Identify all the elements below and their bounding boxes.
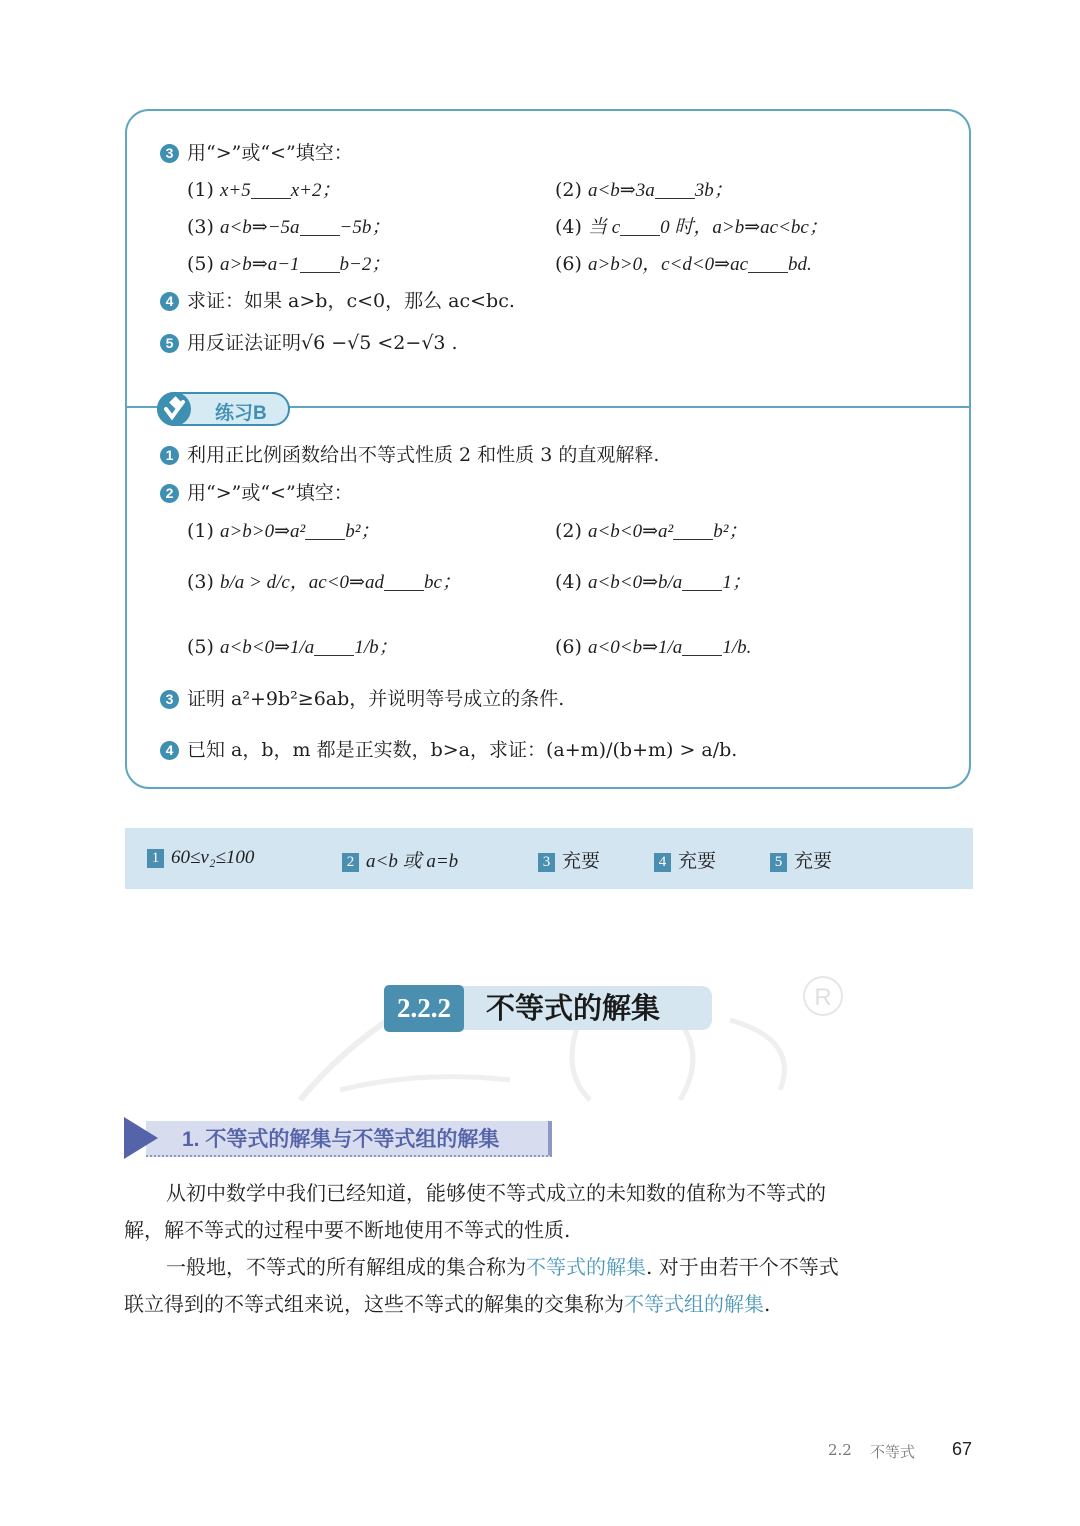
question-number-icon: 3	[160, 144, 179, 163]
answer-number-icon: 1	[147, 849, 164, 868]
exercise-b-q2-item-2: (2) a<b<0⇒a²b²；	[555, 519, 747, 544]
item-left: a>b>0⇒a²	[220, 521, 305, 542]
exercise-b-q1: 1利用正比例函数给出不等式性质 2 和性质 3 的直观解释.	[160, 443, 659, 467]
item-label: (5)	[187, 636, 214, 658]
exercise-b-q4: 4已知 a，b，m 都是正实数，b>a，求证：(a+m)/(b+m) > a/b…	[160, 738, 737, 762]
question-number-icon: 4	[160, 292, 179, 311]
answer-text: 充要	[678, 850, 716, 872]
item-right: b²；	[345, 521, 379, 542]
question-text: 求证：如果 a>b，c<0，那么 ac<bc.	[187, 290, 515, 312]
item-label: (1)	[187, 520, 214, 542]
fill-blank[interactable]	[655, 180, 695, 199]
item-label: (1)	[187, 179, 214, 201]
item-left: a<b⇒3a	[588, 180, 655, 201]
answer-4: 4充要	[654, 846, 716, 873]
exercise-a-q3-item-6: (6) a>b>0，c<d<0⇒acbd.	[555, 252, 812, 277]
footer-chapter: 不等式	[870, 1441, 915, 1462]
exercise-a-q3-item-1: (1) x+5x+2；	[187, 178, 341, 203]
pencil-check-icon	[157, 392, 191, 426]
body-paragraph-2: 一般地，不等式的所有解组成的集合称为不等式的解集. 对于由若干个不等式联立得到的…	[124, 1249, 854, 1323]
item-label: (5)	[187, 253, 214, 275]
section-number: 2.2.2	[384, 985, 464, 1032]
item-left: a<b⇒−5a	[220, 217, 300, 238]
answer-2: 2a<b 或 a=b	[342, 846, 458, 873]
question-text: 利用正比例函数给出不等式性质 2 和性质 3 的直观解释.	[187, 444, 659, 466]
item-right: −5b；	[340, 217, 391, 238]
exercise-a-q3-item-4: (4) 当 c0 时，a>b⇒ac<bc；	[555, 215, 828, 240]
exercise-b-q2-item-5: (5) a<b<0⇒1/a1/b；	[187, 635, 398, 660]
question-number-icon: 4	[160, 741, 179, 760]
question-number-icon: 1	[160, 446, 179, 465]
practice-b-badge: 练习B	[157, 392, 290, 426]
item-right: 1；	[722, 572, 751, 593]
item-label: (2)	[555, 520, 582, 542]
answer-5: 5充要	[770, 846, 832, 873]
section-title: 不等式的解集	[462, 986, 712, 1030]
item-label: (2)	[555, 179, 582, 201]
item-right: b−2；	[340, 254, 391, 275]
item-label: (6)	[555, 636, 582, 658]
exercise-a-q3-item-2: (2) a<b⇒3a3b；	[555, 178, 733, 203]
item-label: (6)	[555, 253, 582, 275]
question-number-icon: 5	[160, 334, 179, 353]
answer-text: 60≤v₂≤100	[171, 847, 254, 868]
key-term: 不等式的解集	[526, 1255, 646, 1279]
exercise-a-q3: 3用“>”或“<”填空：	[160, 141, 353, 165]
item-right: b²；	[713, 521, 747, 542]
question-number-icon: 3	[160, 690, 179, 709]
exercise-b-q2-item-4: (4) a<b<0⇒b/a1；	[555, 570, 751, 595]
paragraph-text: .	[764, 1292, 770, 1316]
exercise-b-q2: 2用“>”或“<”填空：	[160, 481, 353, 505]
item-left: a>b⇒a−1	[220, 254, 300, 275]
exercise-a-q3-item-5: (5) a>b⇒a−1b−2；	[187, 252, 390, 277]
exercise-b-q2-item-1: (1) a>b>0⇒a²b²；	[187, 519, 379, 544]
page-number: 67	[952, 1439, 972, 1460]
question-text: 用反证法证明√6 −√5 <2−√3 .	[187, 332, 458, 354]
question-prompt: 用“>”或“<”填空：	[187, 142, 353, 164]
item-right: x+2；	[291, 180, 341, 201]
fill-blank[interactable]	[620, 217, 660, 236]
triangle-arrow-icon	[124, 1117, 158, 1159]
fill-blank[interactable]	[673, 521, 713, 540]
item-left: 当 c	[588, 217, 620, 238]
answer-text: a<b 或 a=b	[366, 851, 458, 872]
paragraph-text: 从初中数学中我们已经知道，能够使不等式成立的未知数的值称为不等式的解，解不等式的…	[124, 1181, 826, 1242]
item-label: (4)	[555, 571, 582, 593]
key-term: 不等式组的解集	[624, 1292, 764, 1316]
item-left: a<b<0⇒b/a	[588, 572, 682, 593]
item-right: 0 时，a>b⇒ac<bc；	[660, 217, 828, 238]
item-left: a<0<b⇒1/a	[588, 637, 682, 658]
exercise-b-q3: 3证明 a²+9b²≥6ab，并说明等号成立的条件.	[160, 687, 564, 711]
fill-blank[interactable]	[682, 637, 722, 656]
answer-number-icon: 3	[538, 853, 555, 872]
answer-1: 160≤v₂≤100	[147, 846, 254, 869]
item-left: a>b>0，c<d<0⇒ac	[588, 254, 748, 275]
item-label: (3)	[187, 571, 214, 593]
answer-3: 3充要	[538, 846, 600, 873]
item-right: 3b；	[695, 180, 733, 201]
question-number-icon: 2	[160, 484, 179, 503]
exercise-b-q2-item-6: (6) a<0<b⇒1/a1/b.	[555, 635, 751, 660]
question-prompt: 用“>”或“<”填空：	[187, 482, 353, 504]
item-left: x+5	[220, 180, 251, 201]
subsection-heading: 1. 不等式的解集与不等式组的解集	[124, 1117, 552, 1159]
answer-number-icon: 2	[342, 853, 359, 872]
paragraph-text: 一般地，不等式的所有解组成的集合称为	[166, 1255, 526, 1279]
answer-text: 充要	[794, 850, 832, 872]
answer-number-icon: 4	[654, 853, 671, 872]
item-label: (3)	[187, 216, 214, 238]
exercise-a-q4: 4求证：如果 a>b，c<0，那么 ac<bc.	[160, 289, 515, 313]
answer-text: 充要	[562, 850, 600, 872]
item-left: a<b<0⇒a²	[588, 521, 673, 542]
registered-mark-icon: R	[803, 976, 843, 1016]
item-left: a<b<0⇒1/a	[220, 637, 314, 658]
item-right: bd.	[788, 254, 812, 275]
fill-blank[interactable]	[314, 637, 354, 656]
fill-blank[interactable]	[300, 217, 340, 236]
exercise-a-q5: 5用反证法证明√6 −√5 <2−√3 .	[160, 331, 458, 355]
practice-b-label: 练习B	[215, 398, 267, 425]
fill-blank[interactable]	[384, 572, 424, 591]
exercise-b-q2-item-3: (3) b/a > d/c，ac<0⇒adbc；	[187, 570, 461, 595]
exercise-a-q3-item-3: (3) a<b⇒−5a−5b；	[187, 215, 390, 240]
fill-blank[interactable]	[251, 180, 291, 199]
item-right: 1/b；	[354, 637, 397, 658]
question-text: 证明 a²+9b²≥6ab，并说明等号成立的条件.	[187, 688, 564, 710]
footer-section: 2.2	[828, 1441, 852, 1459]
question-text: 已知 a，b，m 都是正实数，b>a，求证：(a+m)/(b+m) > a/b.	[187, 739, 737, 761]
item-label: (4)	[555, 216, 582, 238]
fill-blank[interactable]	[748, 254, 788, 273]
answer-strip: 160≤v₂≤100 2a<b 或 a=b 3充要 4充要 5充要	[125, 828, 973, 889]
subsection-title: 1. 不等式的解集与不等式组的解集	[182, 1123, 499, 1153]
fill-blank[interactable]	[682, 572, 722, 591]
answer-number-icon: 5	[770, 853, 787, 872]
body-paragraph-1: 从初中数学中我们已经知道，能够使不等式成立的未知数的值称为不等式的解，解不等式的…	[124, 1175, 854, 1249]
item-left: b/a > d/c，ac<0⇒ad	[220, 572, 384, 593]
fill-blank[interactable]	[300, 254, 340, 273]
item-right: bc；	[424, 572, 461, 593]
fill-blank[interactable]	[305, 521, 345, 540]
item-right: 1/b.	[722, 637, 751, 658]
